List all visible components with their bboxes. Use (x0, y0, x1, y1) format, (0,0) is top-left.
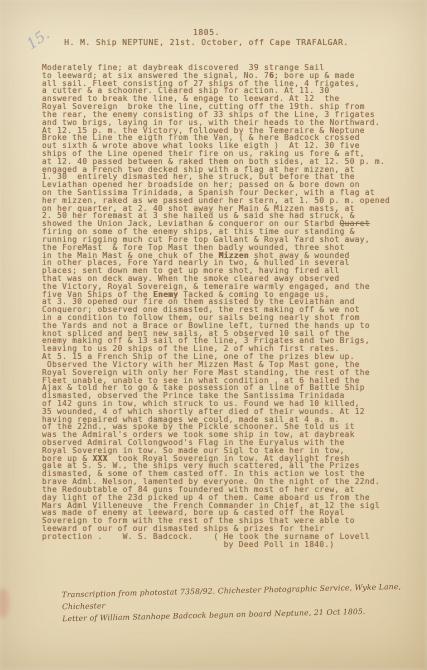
document-header: 1805. H. M. Ship NEPTUNE, 21st. October,… (0, 28, 413, 47)
paper-smudge (0, 588, 9, 618)
text-line: by Deed Poll in 1840.) (42, 541, 417, 549)
document-page: 15. 1805. H. M. Ship NEPTUNE, 21st. Octo… (0, 0, 427, 670)
document-title: H. M. Ship NEPTUNE, 21st. October, off C… (0, 38, 413, 47)
log-transcription-text: Moderately fine; at daybreak discovered … (42, 64, 417, 548)
handwritten-note: Transcription from photostat 7358/92. Ch… (62, 581, 415, 626)
document-year: 1805. (0, 28, 413, 37)
